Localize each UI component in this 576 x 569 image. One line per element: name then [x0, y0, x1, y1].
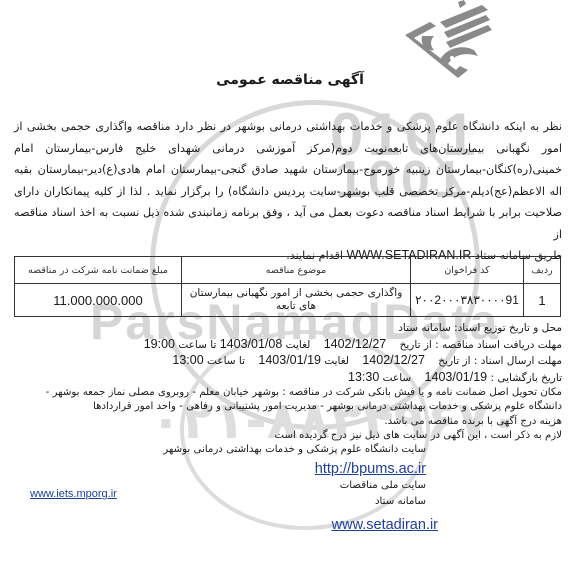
header-row-number: ردیف [524, 257, 561, 284]
setad-site-label: سامانه ستاد [375, 496, 426, 507]
opening-time: 13:30 [348, 370, 379, 384]
receive-until-label: لغایت [286, 339, 311, 351]
intro-text: نظر به اینکه دانشگاه علوم پزشکی و خدمات … [14, 120, 562, 241]
national-site-label: سایت ملی مناقصات [340, 480, 426, 491]
cell-guarantee-amount: 11.000.000.000 [15, 284, 182, 317]
distribution-value: سامانه ستاد [398, 322, 451, 334]
opening-line: تاریخ بازگشایی : 1403/01/19 ساعت 13:30 [142, 370, 562, 387]
header-call-code: کد فراخوان [411, 257, 524, 284]
receive-from-date: 1402/12/27 [324, 337, 387, 351]
opening-label: تاریخ بازگشایی : [490, 372, 562, 384]
send-label: مهلت ارسال اسناد : از تاریخ [438, 355, 562, 367]
cell-subject: واگذاری حجمی بخشی از امور نگهبانی بیمارس… [182, 284, 411, 317]
bpums-link[interactable]: http://bpums.ac.ir [315, 461, 426, 477]
send-deadline-line: مهلت ارسال اسناد : از تاریخ 1402/12/27 ل… [142, 353, 562, 370]
cell-row-number: 1 [524, 284, 561, 317]
receive-deadline-line: مهلت دریافت اسناد مناقصه : از تاریخ 1402… [142, 337, 562, 354]
table-row: 1 ۲۰۰2۰۰۰۳۸۳۰۰۰۰91 واگذاری حجمی بخشی از … [15, 284, 561, 317]
page-title: آگهی مناقصه عمومی [150, 72, 430, 88]
sites-intro: لازم به ذکر است ، این آگهی در سایت های ذ… [22, 429, 562, 443]
receive-until-date: 1403/01/08 [220, 337, 283, 351]
schedule-section: محل و تاریخ توزیع اسناد: سامانه ستاد مهل… [142, 321, 562, 386]
advertising-cost-note: هزینه درج آگهی با برنده مناقصه می باشد. [22, 415, 562, 429]
send-time: 13:00 [172, 353, 203, 367]
cell-call-code: ۲۰۰2۰۰۰۳۸۳۰۰۰۰91 [411, 284, 524, 317]
delivery-location: مکان تحویل اصل ضمانت نامه و یا فیش بانکی… [22, 386, 562, 415]
send-until-label: لغایت [324, 355, 349, 367]
receive-label: مهلت دریافت اسناد مناقصه : از تاریخ [400, 339, 562, 351]
send-from-date: 1402/12/27 [362, 353, 425, 367]
receive-time: 19:00 [144, 337, 175, 351]
tender-table: ردیف کد فراخوان موضوع مناقصه مبلغ ضمانت … [14, 256, 561, 317]
distribution-line: محل و تاریخ توزیع اسناد: سامانه ستاد [142, 321, 562, 337]
intro-paragraph: نظر به اینکه دانشگاه علوم پزشکی و خدمات … [14, 116, 562, 267]
opening-time-label: ساعت [383, 372, 412, 384]
university-site-label: سایت دانشگاه علوم پزشکی و خدمات بهداشتی … [163, 444, 426, 455]
iets-link[interactable]: www.iets.mporg.ir [30, 488, 117, 500]
setadiran-link[interactable]: www.setadiran.ir [332, 517, 438, 533]
header-subject: موضوع مناقصه [182, 257, 411, 284]
receive-time-label: تا ساعت [178, 339, 216, 351]
header-guarantee-amount: مبلغ ضمانت نامه شرکت در مناقصه [15, 257, 182, 284]
notes-section: مکان تحویل اصل ضمانت نامه و یا فیش بانکی… [22, 386, 562, 443]
distribution-label: محل و تاریخ توزیع اسناد: [454, 322, 562, 334]
opening-date: 1403/01/19 [425, 370, 488, 384]
table-header-row: ردیف کد فراخوان موضوع مناقصه مبلغ ضمانت … [15, 257, 561, 284]
send-time-label: تا ساعت [207, 355, 245, 367]
send-until-date: 1403/01/19 [258, 353, 321, 367]
tender-notice: آگهی مناقصه عمومی نظر به اینکه دانشگاه ع… [0, 0, 576, 569]
